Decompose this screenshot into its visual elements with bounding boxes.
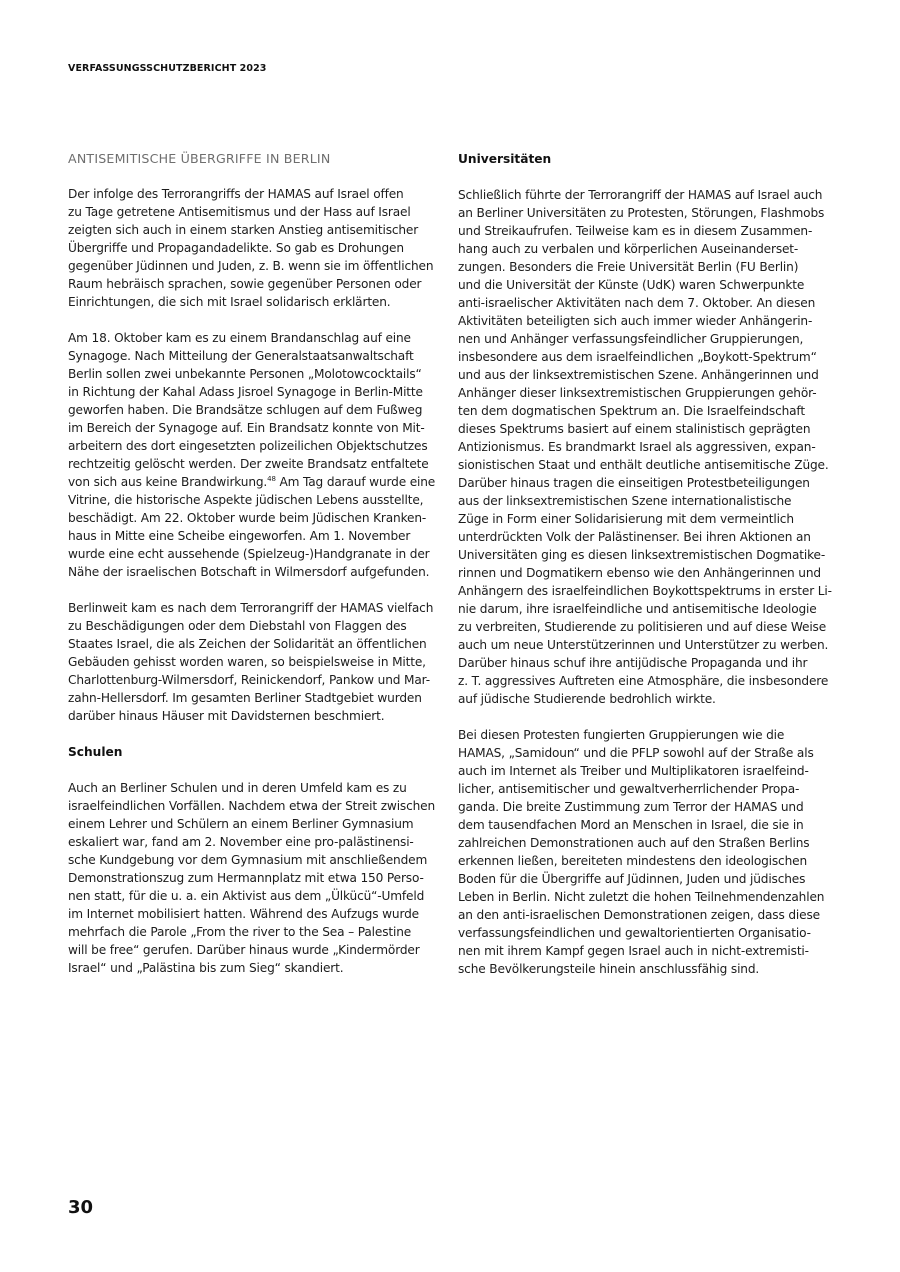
- text-line: Berlin sollen zwei unbekannte Personen „…: [68, 365, 440, 383]
- text-line: rechtzeitig gelöscht werden. Der zweite …: [68, 455, 440, 473]
- text-line: zahn-Hellersdorf. Im gesamten Berliner S…: [68, 689, 440, 707]
- text-line: zahlreichen Demonstrationen auch auf den…: [458, 834, 830, 852]
- text-line: israelfeindlichen Vorfällen. Nachdem etw…: [68, 797, 440, 815]
- text-line: zu verbreiten, Studierende zu politisier…: [458, 618, 830, 636]
- text-line: haus in Mitte eine Scheibe eingeworfen. …: [68, 527, 440, 545]
- running-header-title: VERFASSUNGSSCHUTZBERICHT 2023: [68, 63, 267, 74]
- text-line: an den anti-israelischen Demonstrationen…: [458, 906, 830, 924]
- paragraph-universities: Schließlich führte der Terrorangriff der…: [458, 186, 830, 708]
- paragraph-synagogue-attack: Am 18. Oktober kam es zu einem Brandansc…: [68, 329, 440, 581]
- section-title: ANTISEMITISCHE ÜBERGRIFFE IN BERLIN: [68, 150, 440, 168]
- text-line: rinnen und Dogmatikern ebenso wie den An…: [458, 564, 830, 582]
- text-line: erkennen ließen, bereiteten mindestens d…: [458, 852, 830, 870]
- text-line: Israel“ und „Palästina bis zum Sieg“ ska…: [68, 959, 440, 977]
- text-line: aus der linksextremistischen Szene inter…: [458, 492, 830, 510]
- text-line: Züge in Form einer Solidarisierung mit d…: [458, 510, 830, 528]
- text-line: im Internet mobilisiert hatten. Während …: [68, 905, 440, 923]
- text-line: Boden für die Übergriffe auf Jüdinnen, J…: [458, 870, 830, 888]
- text-line: Raum hebräisch sprachen, sowie gegenüber…: [68, 275, 440, 293]
- text-line: im Bereich der Synagoge auf. Ein Brandsa…: [68, 419, 440, 437]
- text-line: Übergriffe und Propagandadelikte. So gab…: [68, 239, 440, 257]
- text-line: geworfen haben. Die Brandsätze schlugen …: [68, 401, 440, 419]
- text-line: nen und Anhänger verfassungsfeindlicher …: [458, 330, 830, 348]
- text-line: wurde eine echt aussehende (Spielzeug-)H…: [68, 545, 440, 563]
- text-line: Demonstrationszug zum Hermannplatz mit e…: [68, 869, 440, 887]
- footnote-line: von sich aus keine Brandwirkung.48 Am Ta…: [68, 473, 440, 491]
- text-line: nen mit ihrem Kampf gegen Israel auch in…: [458, 942, 830, 960]
- text-line: beschädigt. Am 22. Oktober wurde beim Jü…: [68, 509, 440, 527]
- text-line: Charlottenburg-Wilmersdorf, Reinickendor…: [68, 671, 440, 689]
- paragraph-protest-groups: Bei diesen Protesten fungierten Gruppier…: [458, 726, 830, 978]
- page-number: 30: [68, 1197, 93, 1218]
- text-line: und aus der linksextremistischen Szene. …: [458, 366, 830, 384]
- text-line: auch um neue Unterstützerinnen und Unter…: [458, 636, 830, 654]
- text-line: gegenüber Jüdinnen und Juden, z. B. wenn…: [68, 257, 440, 275]
- text-line: Darüber hinaus tragen die einseitigen Pr…: [458, 474, 830, 492]
- text-line: ten dem dogmatischen Spektrum an. Die Is…: [458, 402, 830, 420]
- text-line: Aktivitäten beteiligten sich auch immer …: [458, 312, 830, 330]
- text-line: Universitäten ging es diesen linksextrem…: [458, 546, 830, 564]
- text-line: arbeitern des dort eingesetzten polizeil…: [68, 437, 440, 455]
- text-line: und Streikaufrufen. Teilweise kam es in …: [458, 222, 830, 240]
- subsection-title-universitaeten: Universitäten: [458, 150, 830, 168]
- text-line: Schließlich führte der Terrorangriff der…: [458, 186, 830, 204]
- text-line: will be free“ gerufen. Darüber hinaus wu…: [68, 941, 440, 959]
- footnote-reference[interactable]: 48: [267, 475, 276, 483]
- text-line: Der infolge des Terrorangriffs der HAMAS…: [68, 185, 440, 203]
- text-line: verfassungsfeindlichen und gewaltorienti…: [458, 924, 830, 942]
- text-line: darüber hinaus Häuser mit Davidsternen b…: [68, 707, 440, 725]
- text-line: Gebäuden gehisst worden waren, so beispi…: [68, 653, 440, 671]
- text-line: licher, antisemitischer und gewaltverher…: [458, 780, 830, 798]
- text-line: Leben in Berlin. Nicht zuletzt die hohen…: [458, 888, 830, 906]
- text-line: z. T. aggressives Auftreten eine Atmosph…: [458, 672, 830, 690]
- subsection-title-schulen: Schulen: [68, 743, 440, 761]
- left-column: ANTISEMITISCHE ÜBERGRIFFE IN BERLIN Der …: [68, 150, 440, 995]
- text-line: sche Bevölkerungsteile hinein anschlussf…: [458, 960, 830, 978]
- text-line: ganda. Die breite Zustimmung zum Terror …: [458, 798, 830, 816]
- text-line: sionistischen Staat und enthält deutlich…: [458, 456, 830, 474]
- text-line: dieses Spektrums basiert auf einem stali…: [458, 420, 830, 438]
- text-line: zu Tage getretene Antisemitismus und der…: [68, 203, 440, 221]
- text-line: Am 18. Oktober kam es zu einem Brandansc…: [68, 329, 440, 347]
- text-line: mehrfach die Parole „From the river to t…: [68, 923, 440, 941]
- text-line: zungen. Besonders die Freie Universität …: [458, 258, 830, 276]
- text-line: Einrichtungen, die sich mit Israel solid…: [68, 293, 440, 311]
- text-line: nie darum, ihre israelfeindliche und ant…: [458, 600, 830, 618]
- text-line: HAMAS, „Samidoun“ und die PFLP sowohl au…: [458, 744, 830, 762]
- text-line: in Richtung der Kahal Adass Jisroel Syna…: [68, 383, 440, 401]
- text-line: Bei diesen Protesten fungierten Gruppier…: [458, 726, 830, 744]
- text-line: zeigten sich auch in einem starken Ansti…: [68, 221, 440, 239]
- text-line: nen statt, für die u. a. ein Aktivist au…: [68, 887, 440, 905]
- text-line: an Berliner Universitäten zu Protesten, …: [458, 204, 830, 222]
- text-line: zu Beschädigungen oder dem Diebstahl von…: [68, 617, 440, 635]
- text-line: und die Universität der Künste (UdK) war…: [458, 276, 830, 294]
- text-line: dem tausendfachen Mord an Menschen in Is…: [458, 816, 830, 834]
- text-line: sche Kundgebung vor dem Gymnasium mit an…: [68, 851, 440, 869]
- text-line: Auch an Berliner Schulen und in deren Um…: [68, 779, 440, 797]
- right-column: Universitäten Schließlich führte der Ter…: [458, 150, 830, 996]
- paragraph-flags: Berlinweit kam es nach dem Terrorangriff…: [68, 599, 440, 725]
- text-line: Staates Israel, die als Zeichen der Soli…: [68, 635, 440, 653]
- text-line: Anhänger dieser linksextremistischen Gru…: [458, 384, 830, 402]
- text-line: einem Lehrer und Schülern an einem Berli…: [68, 815, 440, 833]
- text-line: eskaliert war, fand am 2. November eine …: [68, 833, 440, 851]
- text-line: auch im Internet als Treiber und Multipl…: [458, 762, 830, 780]
- text-line: Antizionismus. Es brandmarkt Israel als …: [458, 438, 830, 456]
- text-line: Synagoge. Nach Mitteilung der Generalsta…: [68, 347, 440, 365]
- text-line: Vitrine, die historische Aspekte jüdisch…: [68, 491, 440, 509]
- text-line: Anhängern des israelfeindlichen Boykotts…: [458, 582, 830, 600]
- text-line: insbesondere aus dem israelfeindlichen „…: [458, 348, 830, 366]
- text-line: auf jüdische Studierende bedrohlich wirk…: [458, 690, 830, 708]
- text-line: hang auch zu verbalen und körperlichen A…: [458, 240, 830, 258]
- text-line: Darüber hinaus schuf ihre antijüdische P…: [458, 654, 830, 672]
- text-line: Nähe der israelischen Botschaft in Wilme…: [68, 563, 440, 581]
- text-line: Berlinweit kam es nach dem Terrorangriff…: [68, 599, 440, 617]
- text-line: anti-israelischer Aktivitäten nach dem 7…: [458, 294, 830, 312]
- paragraph-intro: Der infolge des Terrorangriffs der HAMAS…: [68, 185, 440, 311]
- text-line: unterdrückten Volk der Palästinenser. Be…: [458, 528, 830, 546]
- paragraph-schools: Auch an Berliner Schulen und in deren Um…: [68, 779, 440, 977]
